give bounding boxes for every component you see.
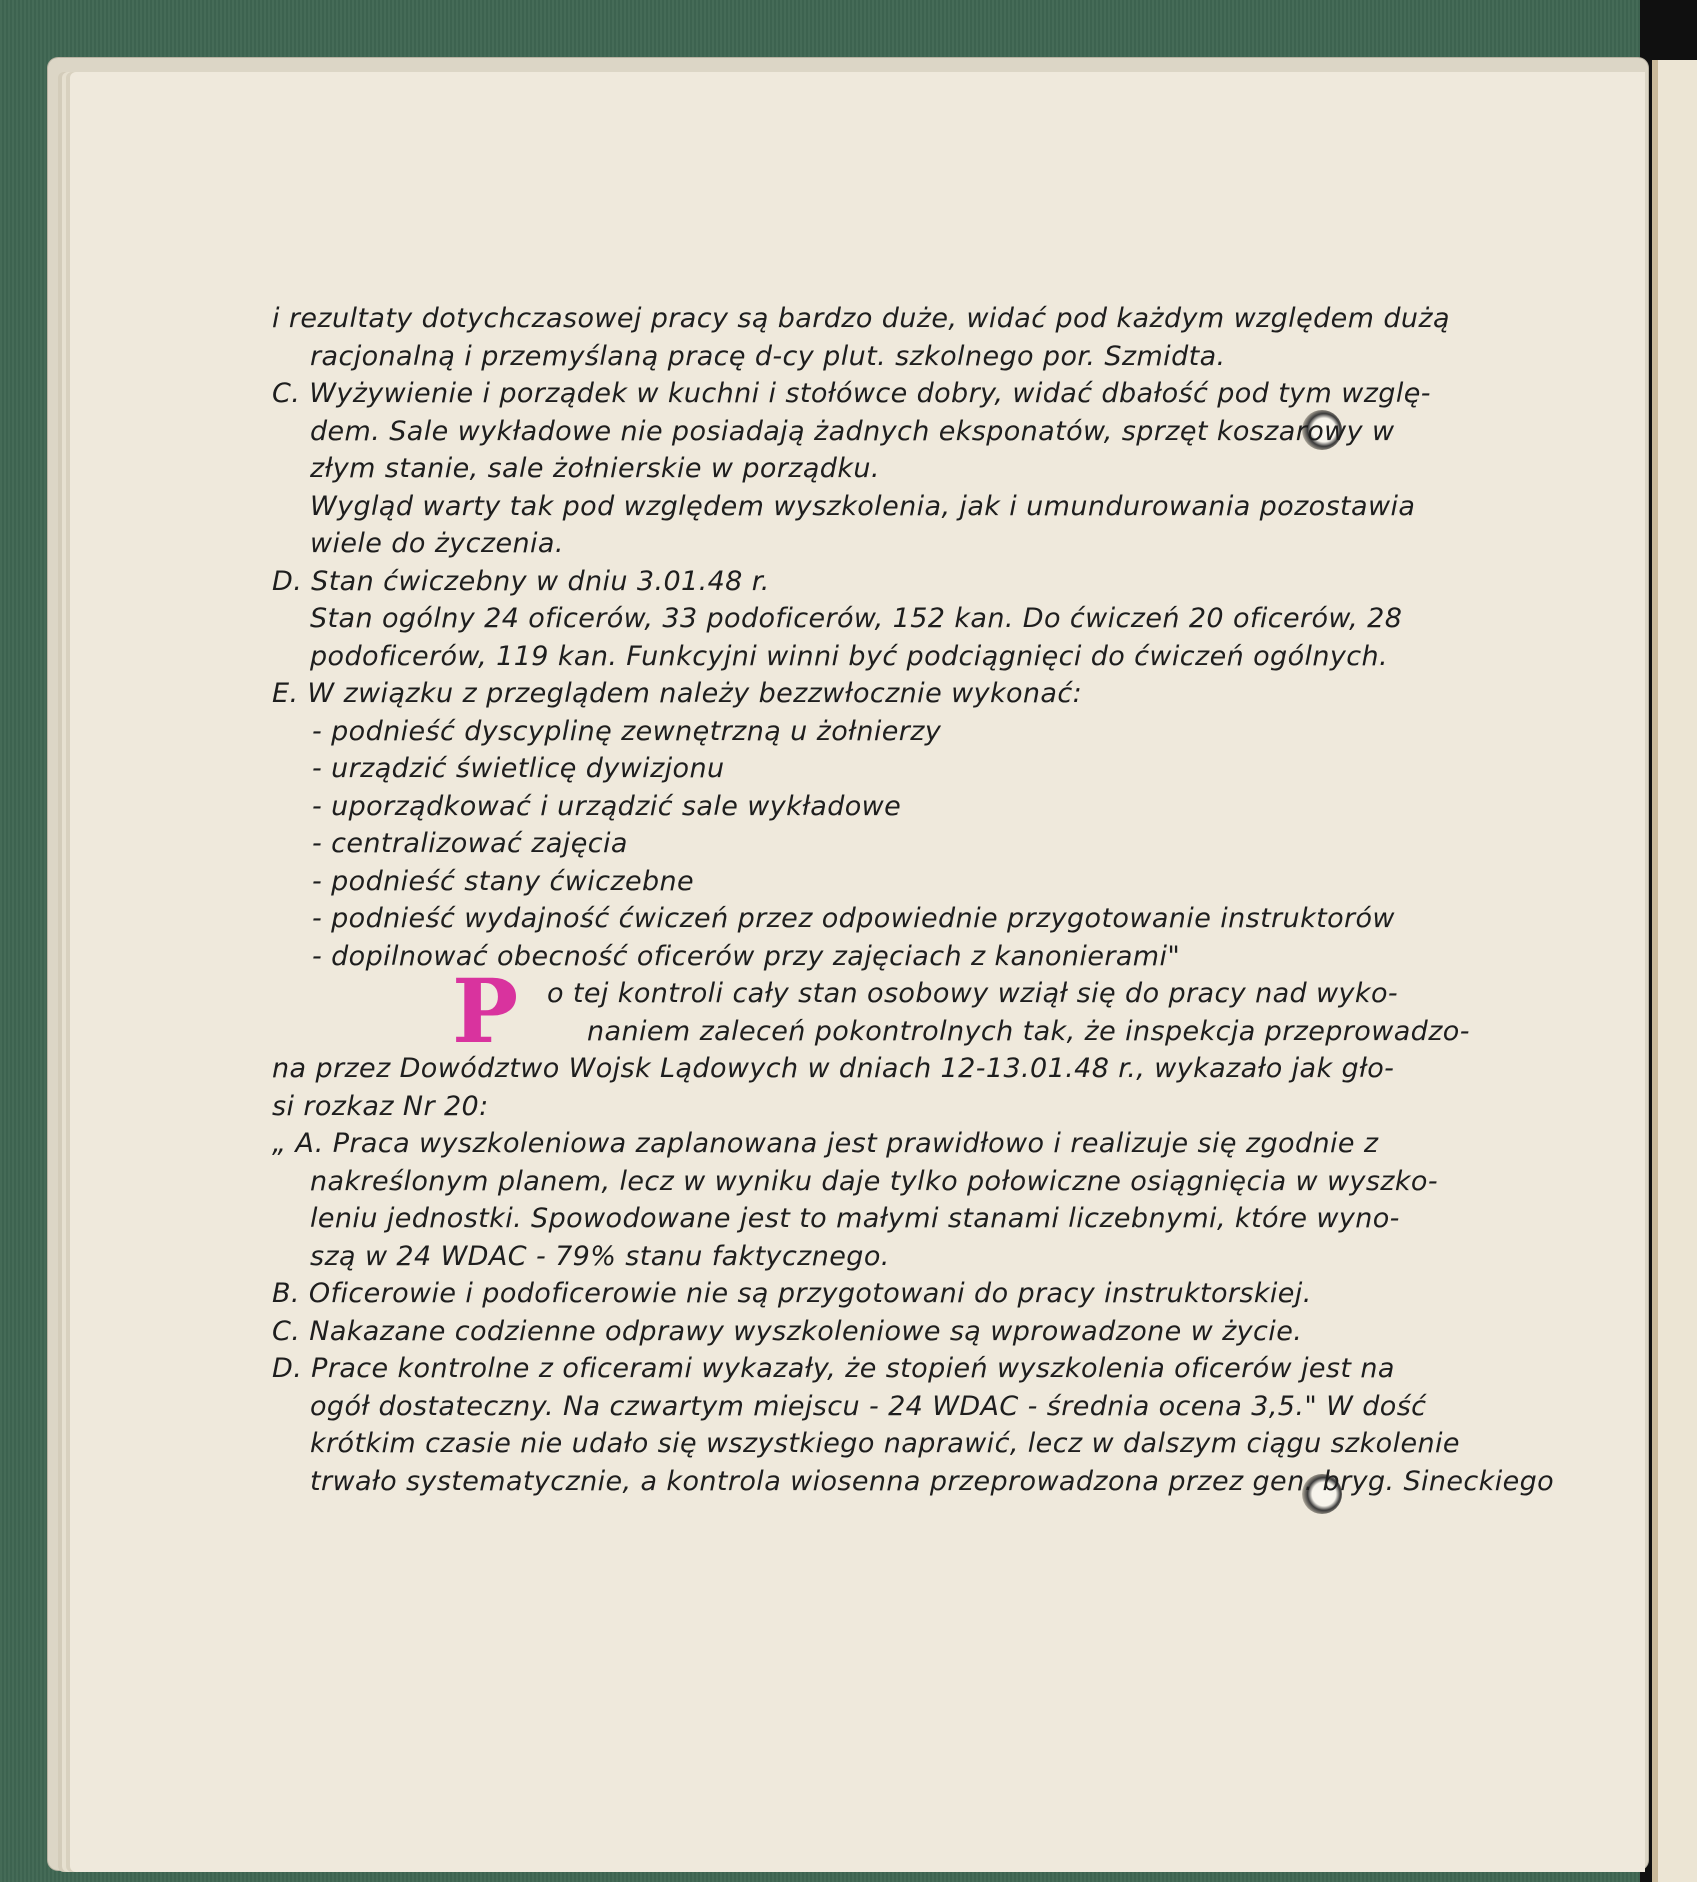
text-line: podoficerów, 119 kan. Funkcyjni winni by… [272,638,1472,676]
decorative-initial: P [452,967,519,1055]
section-c: C. Wyżywienie i porządek w kuchni i stoł… [272,375,1472,413]
text-line-content: o tej kontroli cały stan osobowy wziął s… [547,978,1398,1009]
text-line: racjonalną i przemyślaną pracę d-cy plut… [272,338,1472,376]
text-line: złym stanie, sale żołnierskie w porządku… [272,450,1472,488]
list-item: - podnieść wydajność ćwiczeń przez odpow… [272,900,1472,938]
text-line: nakreślonym planem, lecz w wyniku daje t… [272,1163,1472,1201]
text-line: wiele do życzenia. [272,525,1472,563]
list-item: - podnieść stany ćwiczebne [272,863,1472,901]
list-item: - podnieść dyscyplinę zewnętrzną u żołni… [272,713,1472,751]
text-line: si rozkaz Nr 20: [272,1088,1472,1126]
text-line: Wygląd warty tak pod względem wyszkoleni… [272,488,1472,526]
text-line: i rezultaty dotychczasowej pracy są bard… [272,300,1472,338]
text-line: leniu jednostki. Spowodowane jest to mał… [272,1200,1472,1238]
facing-page-edge [1652,60,1697,1882]
quote-section-a: „ A. Praca wyszkoleniowa zaplanowana jes… [272,1125,1472,1163]
text-line: trwało systematycznie, a kontrola wiosen… [272,1463,1472,1501]
text-line: P o tej kontroli cały stan osobowy wziął… [272,975,1472,1013]
handwritten-text: i rezultaty dotychczasowej pracy są bard… [272,300,1472,1500]
list-item: - centralizować zajęcia [272,825,1472,863]
text-line: szą w 24 WDAC - 79% stanu faktycznego. [272,1238,1472,1276]
quote-section-d: D. Prace kontrolne z oficerami wykazały,… [272,1350,1472,1388]
section-d: D. Stan ćwiczebny w dniu 3.01.48 r. [272,563,1472,601]
quote-section-b: B. Oficerowie i podoficerowie nie są prz… [272,1275,1472,1313]
text-line: ogół dostateczny. Na czwartym miejscu - … [272,1388,1472,1426]
list-item: - urządzić świetlicę dywizjonu [272,750,1472,788]
text-line: dem. Sale wykładowe nie posiadają żadnyc… [272,413,1472,451]
text-line: krótkim czasie nie udało się wszystkiego… [272,1425,1472,1463]
text-line: Stan ogólny 24 oficerów, 33 podoficerów,… [272,600,1472,638]
quote-section-c: C. Nakazane codzienne odprawy wyszkoleni… [272,1313,1472,1351]
section-e: E. W związku z przeglądem należy bezzwło… [272,675,1472,713]
list-item: - uporządkować i urządzić sale wykładowe [272,788,1472,826]
